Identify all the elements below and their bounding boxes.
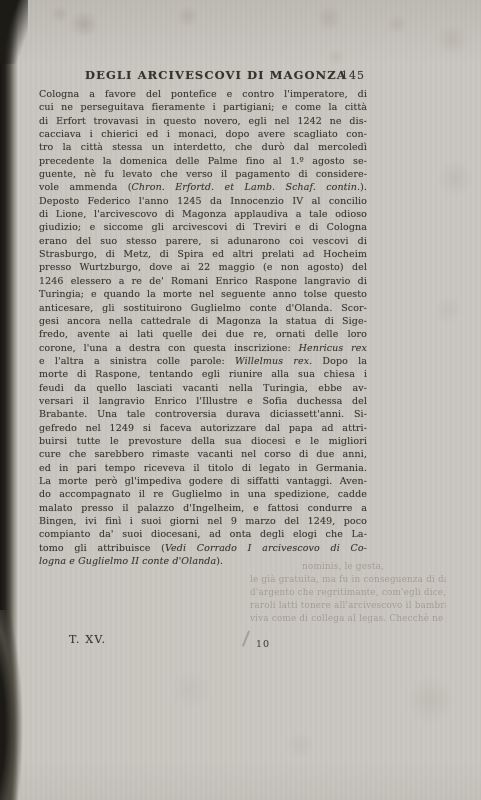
text-line: presso Wurtzburgo, dove ai 22 maggio (e … bbox=[39, 261, 367, 274]
footer-volume-label: T. XV. bbox=[69, 633, 106, 646]
ghost-line: le già gratuita, ma fu in conseguenza di… bbox=[250, 574, 446, 587]
text-line: 1246 elessero a re de' Romani Enrico Ras… bbox=[39, 275, 367, 288]
text-line: e l'altra a sinistra colle parole: Wille… bbox=[39, 355, 367, 368]
text-line: malato presso il palazzo d'Ingelheim, e … bbox=[39, 502, 367, 515]
page-number: 145 bbox=[341, 69, 365, 82]
text-line: di Lione, l'arcivescovo di Magonza appla… bbox=[39, 208, 367, 221]
binding-edge-bottom bbox=[0, 610, 36, 800]
text-line: corone, l'una a destra con questa inscri… bbox=[39, 342, 367, 355]
binding-edge-top bbox=[0, 0, 28, 64]
running-header-title: DEGLI ARCIVESCOVI DI MAGONZA bbox=[85, 68, 309, 82]
text-line: compianto da' suoi diocesani, ad onta de… bbox=[39, 528, 367, 541]
text-line: fredo, avente ai lati quelle dei due re,… bbox=[39, 328, 367, 341]
text-line: Deposto Federico l'anno 1245 da Innocenz… bbox=[39, 195, 367, 208]
ghost-line: raroli latti tonere all'arcivescovo il b… bbox=[250, 600, 446, 613]
text-line: giudizio; e siccome gli arcivescovi di T… bbox=[39, 221, 367, 234]
text-line: gesi ancora nella cattedrale di Magonza … bbox=[39, 315, 367, 328]
text-line: cacciava i chierici ed i monaci, dopo av… bbox=[39, 128, 367, 141]
text-line: precedente la domenica delle Palme fino … bbox=[39, 155, 367, 168]
ghost-line: d'argento che regritimante, com'egli dic… bbox=[250, 587, 446, 600]
ghost-line: viva come di collega al legas. Checchè n… bbox=[250, 613, 446, 626]
page-scan: DEGLI ARCIVESCOVI DI MAGONZA 145 Cologna… bbox=[0, 0, 481, 800]
text-line: cure che sarebbero rimaste vacanti nel c… bbox=[39, 448, 367, 461]
text-line: Cologna a favore del pontefice e contro … bbox=[39, 88, 367, 101]
ghost-line: nominis, le gesta, bbox=[250, 561, 446, 574]
text-line: feudi da quello lasciati vacanti nella T… bbox=[39, 382, 367, 395]
text-line: Strasburgo, di Metz, di Spira ed altri p… bbox=[39, 248, 367, 261]
text-line: morte di Raspone, tentando egli riunire … bbox=[39, 368, 367, 381]
body-text: Cologna a favore del pontefice e contro … bbox=[39, 88, 367, 568]
ghost-showthrough-text: nominis, le gesta,le già gratuita, ma fu… bbox=[250, 561, 446, 626]
text-line: anticesare, gli sostituirono Guglielmo c… bbox=[39, 302, 367, 315]
text-line: cui ne perseguitava fieramente i partigi… bbox=[39, 101, 367, 114]
text-line: buirsi tutte le prevosture della sua dio… bbox=[39, 435, 367, 448]
text-line: La morte però gl'impediva godere di siff… bbox=[39, 475, 367, 488]
footer-signature-mark: 10 bbox=[256, 639, 270, 650]
text-line: ed in pari tempo riceveva il titolo di l… bbox=[39, 462, 367, 475]
text-line: tro la città stessa un interdetto, che d… bbox=[39, 141, 367, 154]
text-line: Bingen, ivi finì i suoi giorni nel 9 mar… bbox=[39, 515, 367, 528]
text-line: vole ammenda (Chron. Erfortd. et Lamb. S… bbox=[39, 181, 367, 194]
text-line: gefredo nel 1249 si faceva autorizzare d… bbox=[39, 422, 367, 435]
text-line: erano del suo stesso parere, si adunaron… bbox=[39, 235, 367, 248]
text-line: guente, nè fu levato che verso il pagame… bbox=[39, 168, 367, 181]
text-line: Turingia; e quando la morte nel seguente… bbox=[39, 288, 367, 301]
text-line: Brabante. Una tale controversia durava d… bbox=[39, 408, 367, 421]
text-line: versari il langravio Enrico l'Illustre e… bbox=[39, 395, 367, 408]
text-line: di Erfort trovavasi in questo novero, eg… bbox=[39, 115, 367, 128]
text-line: tomo gli attribuisce (Vedi Corrado I arc… bbox=[39, 542, 367, 555]
pen-mark bbox=[242, 630, 250, 646]
text-line: do accompagnato il re Guglielmo in una s… bbox=[39, 488, 367, 501]
